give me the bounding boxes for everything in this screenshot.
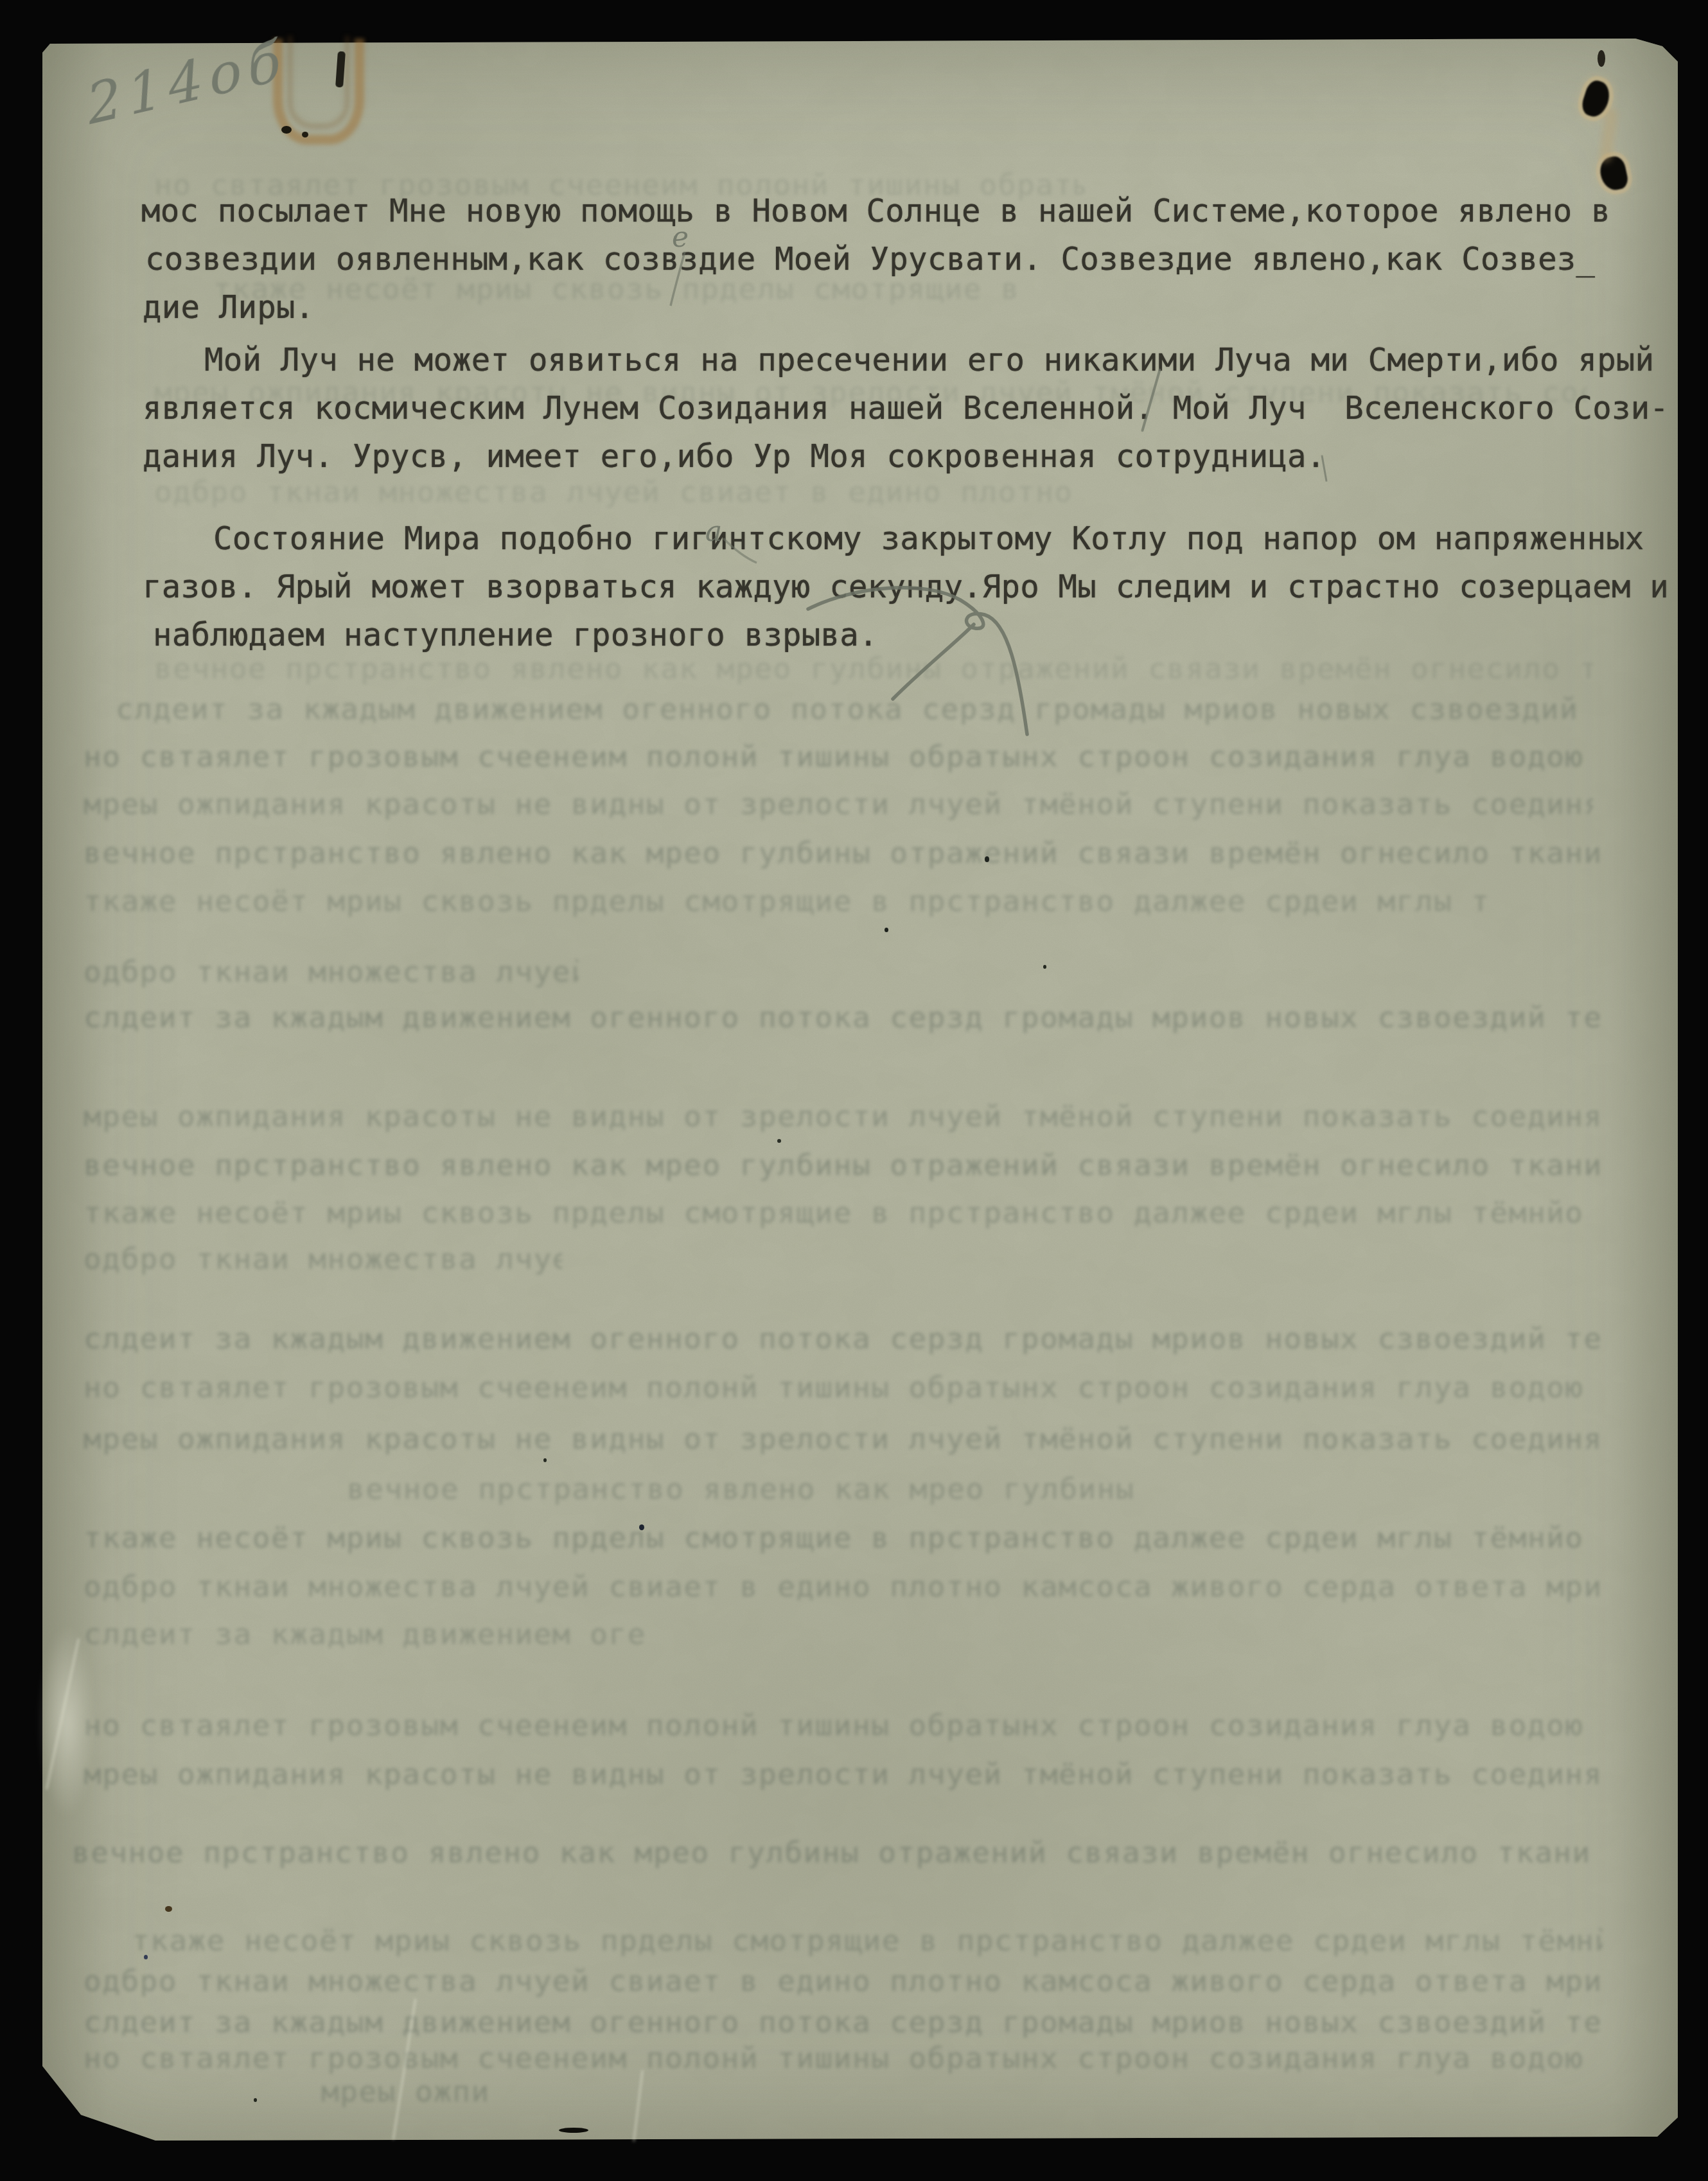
pencil-correction-e-icon: е — [672, 224, 689, 252]
bleedthrough-line: мреы ожпидания красоты не видны от зрело… — [321, 2076, 491, 2110]
bleedthrough-line: слдеит за кжадым движением огенного пото… — [84, 1323, 1599, 1357]
pencil-correction-a-icon: а — [705, 518, 722, 546]
ink-speck — [144, 1955, 148, 1959]
bleedthrough-line: слдеит за кжадым движением огенного пото… — [84, 1618, 646, 1653]
ink-speck — [165, 1906, 172, 1912]
bleedthrough-line: ткаже несоёт мриы сквозь прделы смотрящи… — [132, 1925, 1603, 1959]
bleedthrough-line: мреы ожпидания красоты не видны от зрело… — [84, 788, 1593, 823]
bleedthrough-line: мреы ожпидания красоты не видны от зрело… — [84, 1423, 1599, 1458]
bleedthrough-line: ткаже несоёт мриы сквозь прделы смотрящи… — [84, 1522, 1599, 1557]
ink-speck — [281, 126, 292, 134]
ink-speck — [777, 1139, 781, 1143]
bleedthrough-line: слдеит за кжадым движением огенного пото… — [84, 2006, 1599, 2041]
bleedthrough-line: вечное прстранство явлено как мрео гулби… — [72, 1837, 1610, 1871]
pencil-x-mark-icon — [797, 578, 1041, 745]
typewritten-line: является космическим Лунем Созидания наш… — [143, 389, 1669, 428]
ink-speck — [1598, 50, 1605, 67]
typewritten-line: созвездии оявленным,как созвздие Моей Ур… — [145, 240, 1595, 279]
pencil-tail-stroke — [668, 249, 690, 311]
bleedthrough-line: мреы ожпидания красоты не видны от зрело… — [84, 1758, 1599, 1793]
ink-speck — [639, 1524, 644, 1530]
document-scan: { "document": { "description": "scanned … — [0, 0, 1708, 2181]
ink-speck — [543, 1458, 547, 1462]
typewritten-line: мос посылает Мне новую помощь в Новом Со… — [141, 192, 1610, 231]
ink-speck — [885, 928, 888, 932]
typewritten-line: дие Лиры. — [143, 288, 314, 327]
ink-speck — [254, 2098, 257, 2102]
ink-speck — [1043, 965, 1046, 969]
typewritten-line: Состояние Мира подобно гигинтскому закры… — [213, 520, 1644, 558]
bleedthrough-line: ткаже несоёт мриы сквозь прделы смотрящи… — [84, 885, 1490, 920]
ink-speck — [302, 132, 308, 137]
bleedthrough-line: вечное прстранство явлено как мрео гулби… — [347, 1473, 1150, 1508]
bleedthrough-line: но свтаялет грозовым счеенеим полонй тиш… — [84, 741, 1599, 775]
bleedthrough-line: одбро ткнаи множества лчуей свиает в еди… — [84, 1965, 1599, 2000]
bleedthrough-line: но свтаялет грозовым счеенеим полонй тиш… — [84, 1709, 1599, 1744]
bleedthrough-line: но свтаялет грозовым счеенеим полонй тиш… — [84, 2042, 1587, 2077]
bleedthrough-line: слдеит за кжадым движением огенного пото… — [84, 1002, 1599, 1036]
typewritten-line: наблюдаем наступление грозного взрыва. — [153, 616, 878, 655]
bleedthrough-line: одбро ткнаи множества лчуей свиает в еди… — [84, 1243, 562, 1278]
bleedthrough-line: мреы ожпидания красоты не видны от зрело… — [84, 1100, 1599, 1135]
bleedthrough-line: вечное прстранство явлено как мрео гулби… — [84, 1149, 1599, 1184]
bleedthrough-line: одбро ткнаи множества лчуей свиает в еди… — [154, 476, 1073, 511]
typewritten-line: Мой Луч не может оявиться на пресечении … — [204, 341, 1654, 380]
bleedthrough-line: одбро ткнаи множества лчуей свиает в еди… — [84, 1571, 1599, 1605]
bleedthrough-line: вечное прстранство явлено как мрео гулби… — [84, 837, 1599, 872]
ink-speck — [985, 856, 989, 862]
bleedthrough-line: одбро ткнаи множества лчуей свиает в еди… — [84, 956, 578, 991]
pencil-tail-stroke — [719, 534, 761, 565]
bleedthrough-line: ткаже несоёт мриы сквозь прделы смотрящи… — [84, 1197, 1599, 1232]
ink-speck — [559, 2128, 588, 2133]
typewritten-line: дания Луч. Урусв, имеет его,ибо Ур Моя с… — [143, 437, 1325, 476]
bleedthrough-line: но свтаялет грозовым счеенеим полонй тиш… — [84, 1372, 1599, 1406]
